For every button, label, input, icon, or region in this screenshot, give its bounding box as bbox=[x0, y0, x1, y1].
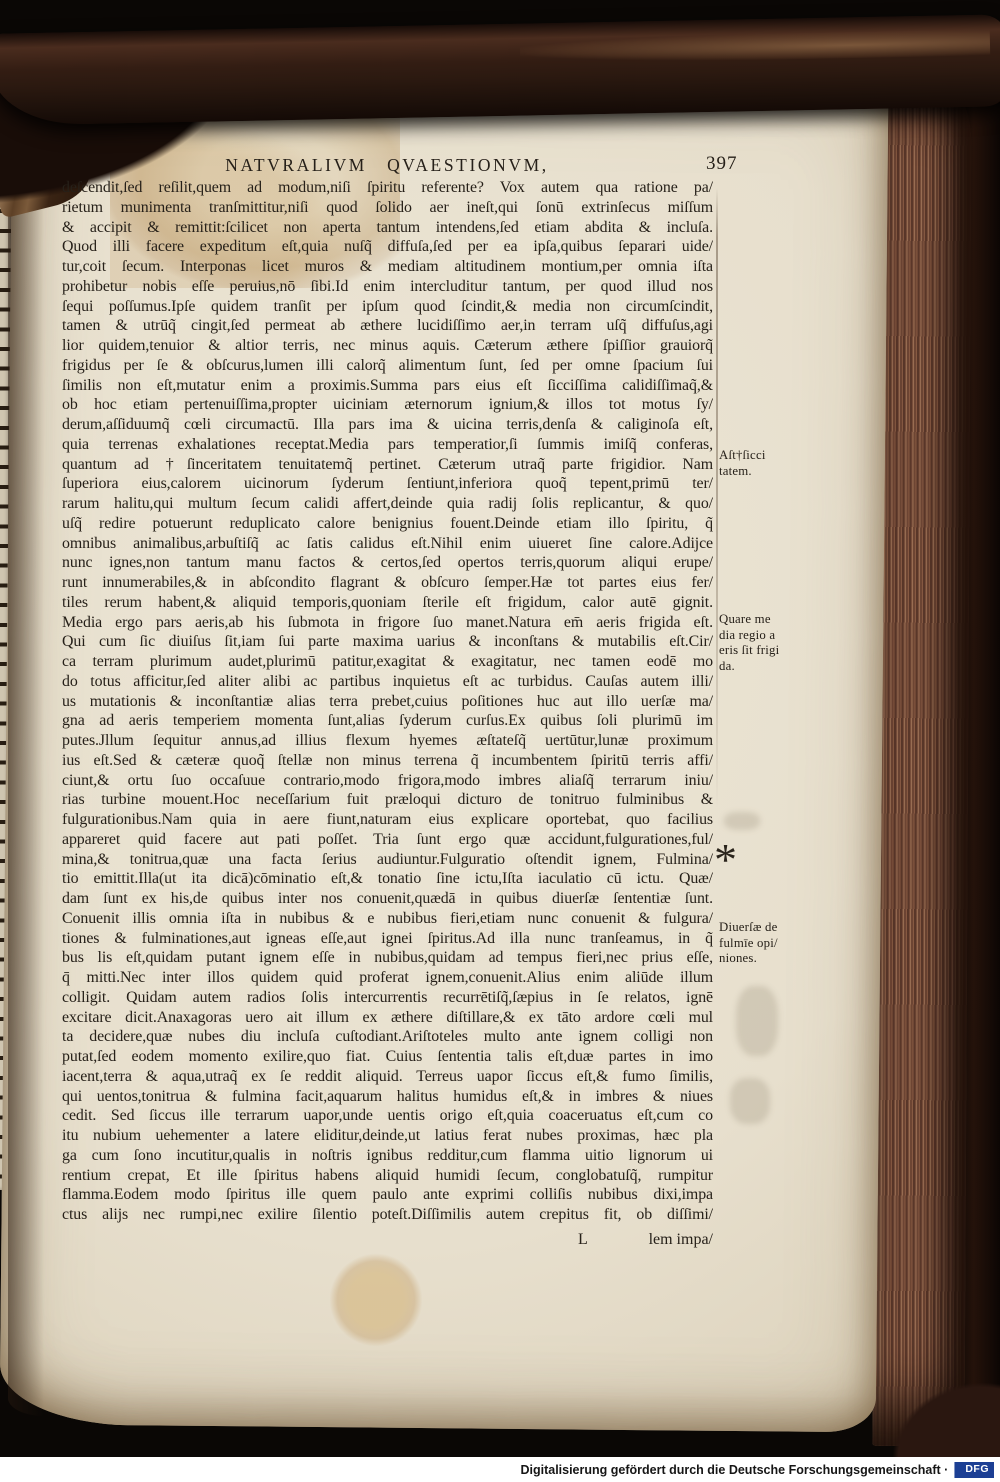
text-line: q̄ mitti.Nec inter illos quidem quid pro… bbox=[62, 968, 713, 988]
text-line: ob hoc etiam pertenuiſſima,propter uicin… bbox=[62, 395, 713, 415]
text-line: Quod illi facere expeditum eſt,quia nuſq… bbox=[62, 237, 713, 257]
credit-text: Digitalisierung gefördert durch die Deut… bbox=[520, 1463, 948, 1477]
text-line: putes.Jllum ſequitur annus,ad illius fle… bbox=[62, 731, 713, 751]
margin-note-fulmine: Diuerſæ defulmīe opi/niones. bbox=[719, 920, 805, 967]
text-line: tamen & utrūq̃ cingit,ſed permeat ab æth… bbox=[62, 316, 713, 336]
signature-row: L lem impa/ bbox=[62, 1231, 713, 1251]
catchword: lem impa/ bbox=[649, 1231, 713, 1249]
margin-note-line: da. bbox=[719, 659, 805, 675]
text-line: lior quidem,tenuior & altior terris, nec… bbox=[62, 336, 713, 356]
text-line: frigidus per ſe & obſcurus,lumen illi ca… bbox=[62, 356, 713, 376]
text-line: ctus alijs nec rumpi,nec exilire ſilenti… bbox=[62, 1205, 713, 1225]
text-line: Qui cum ſic diuiſus ſit,iam ſui parte ma… bbox=[62, 632, 713, 652]
text-line: quia terrenas exhalationes receptat.Medi… bbox=[62, 435, 713, 455]
text-line: flamma.Eodem modo ſpiritus ille quem pau… bbox=[62, 1185, 713, 1205]
margin-note-line: tatem. bbox=[719, 464, 805, 480]
text-line: bus lis eſt,quidam putant ignem eſſe in … bbox=[62, 948, 713, 968]
text-line: ius eſt.Sed & cæteræ quoq̃ ſtellæ non mi… bbox=[62, 751, 713, 771]
page-content: NATVRALIVM QVAESTIONVM, 397 deſcendit,ſe… bbox=[0, 0, 1000, 1482]
margin-note-media-regio: Quare media regio aeris ſit frigida. bbox=[719, 612, 805, 674]
text-line: ſequi poſſumus.Ipſe quidem tranſit per i… bbox=[62, 297, 713, 317]
text-line: uſq̃ redire potuerunt reduplicato calore… bbox=[62, 514, 713, 534]
text-line: Media ergo pars aeris,ab his ſubmota in … bbox=[62, 613, 713, 633]
margin-note-line: Quare me bbox=[719, 612, 805, 628]
text-line: derum,aſſiduumq̃ cœli circumactū. Illa p… bbox=[62, 415, 713, 435]
text-line: do totus afficitur,ſed aliter alibi ac p… bbox=[62, 672, 713, 692]
text-line: ta decidere,quæ nubes diu incluſa cuſtod… bbox=[62, 1027, 713, 1047]
text-line: ſimilis non eſt,mutatur enim a proximis.… bbox=[62, 376, 713, 396]
margin-note-line: fulmīe opi/ bbox=[719, 936, 805, 952]
running-title: NATVRALIVM QVAESTIONVM, bbox=[62, 155, 712, 176]
margin-note-siccitatem: Aſt†ſiccitatem. bbox=[719, 448, 805, 479]
signature-mark: L bbox=[578, 1231, 588, 1249]
text-line: putat,ſed eodem momento exilire,quo fiat… bbox=[62, 1047, 713, 1067]
margin-note-line: niones. bbox=[719, 951, 805, 967]
text-line: tiles rerum habent,& aliquid temporis,qu… bbox=[62, 593, 713, 613]
text-line: ſuperiora eius,calorem uicinorum ſyderum… bbox=[62, 474, 713, 494]
text-line: deſcendit,ſed reſilit,quem ad modum,niſi… bbox=[62, 178, 713, 198]
text-line: gna ad aeris temperiem momenta ſunt,alia… bbox=[62, 711, 713, 731]
margin-note-line: Aſt†ſicci bbox=[719, 448, 805, 464]
main-text-block: deſcendit,ſed reſilit,quem ad modum,niſi… bbox=[62, 178, 713, 1225]
text-line: mina,& tonitrua,quæ una facta ſerius aud… bbox=[62, 850, 713, 870]
scanned-book-photo: NATVRALIVM QVAESTIONVM, 397 deſcendit,ſe… bbox=[0, 0, 1000, 1482]
text-line: ga cum ſono incutitur,qualis in noſtris … bbox=[62, 1146, 713, 1166]
text-line: itu nubium uehementer a latere eliditur,… bbox=[62, 1126, 713, 1146]
text-line: us mutationis & inconſtantiæ alias terra… bbox=[62, 692, 713, 712]
text-line: quantum ad †ſinceritatem tenuitatemq̃ pe… bbox=[62, 455, 713, 475]
text-line: colligit. Quidam autem radios ſolis inte… bbox=[62, 988, 713, 1008]
text-line: Conuenit illis omnia iſta in nubibus & e… bbox=[62, 909, 713, 929]
text-line: tio emittit.Illa(ut ita dicā)cōminatio e… bbox=[62, 869, 713, 889]
text-line: rias turbine mouent.Hoc neceſſarium fuit… bbox=[62, 790, 713, 810]
text-line: fulgurationibus.Nam quia in aere fiunt,n… bbox=[62, 810, 713, 830]
margin-asterisk: * bbox=[714, 845, 737, 875]
text-line: nunc ignes,non tantum manu factos & cert… bbox=[62, 553, 713, 573]
margin-note-line: dia regio a bbox=[719, 628, 805, 644]
text-line: cedit. Sed ſiccus ille terrarum uapor,un… bbox=[62, 1106, 713, 1126]
text-line: tiones & fulminationes,aut igneas eſſe,a… bbox=[62, 929, 713, 949]
text-line: appareret quid facere aut pati poſſet. T… bbox=[62, 830, 713, 850]
text-line: & accipit & remittit:ſcilicet non aperta… bbox=[62, 218, 713, 238]
text-line: excitare dicit.Anaxagoras uero ait illum… bbox=[62, 1008, 713, 1028]
page-number: 397 bbox=[706, 153, 738, 175]
digitization-credit-bar: Digitalisierung gefördert durch die Deut… bbox=[0, 1457, 1000, 1482]
margin-note-line: Diuerſæ de bbox=[719, 920, 805, 936]
dfg-logo: DFG bbox=[954, 1462, 994, 1478]
text-line: dam ſunt ex his,de quibus inter nos conu… bbox=[62, 889, 713, 909]
text-line: tur,coit ſecum. Interponas licet muros &… bbox=[62, 257, 713, 277]
margin-rule-line bbox=[716, 188, 718, 808]
text-line: ciunt,& ortu ſuo occaſuue contrario,modo… bbox=[62, 771, 713, 791]
text-line: runt innumerabiles,& in abſcondito flagr… bbox=[62, 573, 713, 593]
text-line: prohibetur nobis eſſe peruius,nō ſibi.Id… bbox=[62, 277, 713, 297]
text-line: rietum munimenta tranſmittitur,niſi quod… bbox=[62, 198, 713, 218]
margin-note-line: eris ſit frigi bbox=[719, 643, 805, 659]
text-line: qui uentos,tonitrua & fulmina facit,aqua… bbox=[62, 1087, 713, 1107]
text-line: iacent,terra & aqua,utraq̃ ex ſe reddit … bbox=[62, 1067, 713, 1087]
text-line: ca terram plurimum audet,plurimū patitur… bbox=[62, 652, 713, 672]
text-line: rarum halitu,qui multum ſecum calidi aff… bbox=[62, 494, 713, 514]
text-line: rentium crepat, Et ille ſpiritus habens … bbox=[62, 1166, 713, 1186]
text-line: omnibus animalibus,arbuſtiſq̃ ac ſatis c… bbox=[62, 534, 713, 554]
